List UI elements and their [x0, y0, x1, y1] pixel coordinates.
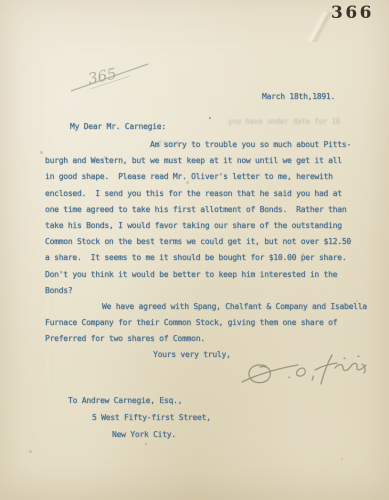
body-line: one time agreed to take his first allotm…: [45, 202, 375, 218]
body-line: a share. It seems to me it should be bou…: [45, 250, 375, 266]
paper-speck: [29, 450, 32, 453]
paper-speck: [302, 253, 304, 255]
body-line: Am sorry to trouble you so much about Pi…: [150, 137, 375, 153]
paper-speck: [104, 156, 106, 158]
body-line: We have agreed with Spang, Chalfant & Co…: [102, 299, 375, 315]
letter-body: Am sorry to trouble you so much about Pi…: [45, 137, 375, 364]
cancelled-page-number-mark: 365: [68, 56, 153, 94]
body-line: take his Bonds, I would favor taking our…: [45, 218, 375, 234]
recipient-line: New York City.: [112, 426, 211, 443]
paper-speck: [40, 151, 43, 154]
date-line: March 18th,1891.: [262, 92, 335, 101]
paper-speck: [341, 458, 343, 460]
signature-handwritten: [240, 352, 370, 394]
page-number: 366: [331, 3, 374, 23]
body-line: Preferred for two shares of Common.: [45, 331, 375, 347]
recipient-address-block: To Andrew Carnegie, Esq., 5 West Fifty-f…: [45, 392, 211, 443]
paper-speck: [209, 117, 211, 119]
body-line: Don't you think it would be better to ke…: [45, 267, 375, 283]
bleed-through-text: you have under date for 10: [228, 117, 340, 126]
body-line: in good shape. Please read Mr. Oliver's …: [45, 169, 375, 185]
body-line: Common Stock on the best terms we could …: [45, 234, 375, 250]
body-line: Furnace Company for their Common Stock, …: [45, 315, 375, 331]
body-line: Bonds?: [45, 283, 375, 299]
letter-page: 366 365 you have under date for 10 first…: [0, 0, 389, 500]
salutation: My Dear Mr. Carnegie:: [70, 122, 166, 131]
paper-speck: [145, 443, 147, 445]
recipient-line: To Andrew Carnegie, Esq.,: [68, 392, 211, 409]
body-line: burgh and Western, but we must keep at i…: [45, 153, 375, 169]
paper-speck: [356, 300, 358, 302]
body-line: enclosed. I send you this for the reason…: [45, 186, 375, 202]
paper-speck: [186, 181, 189, 184]
recipient-line: 5 West Fifty-first Street,: [92, 409, 211, 426]
